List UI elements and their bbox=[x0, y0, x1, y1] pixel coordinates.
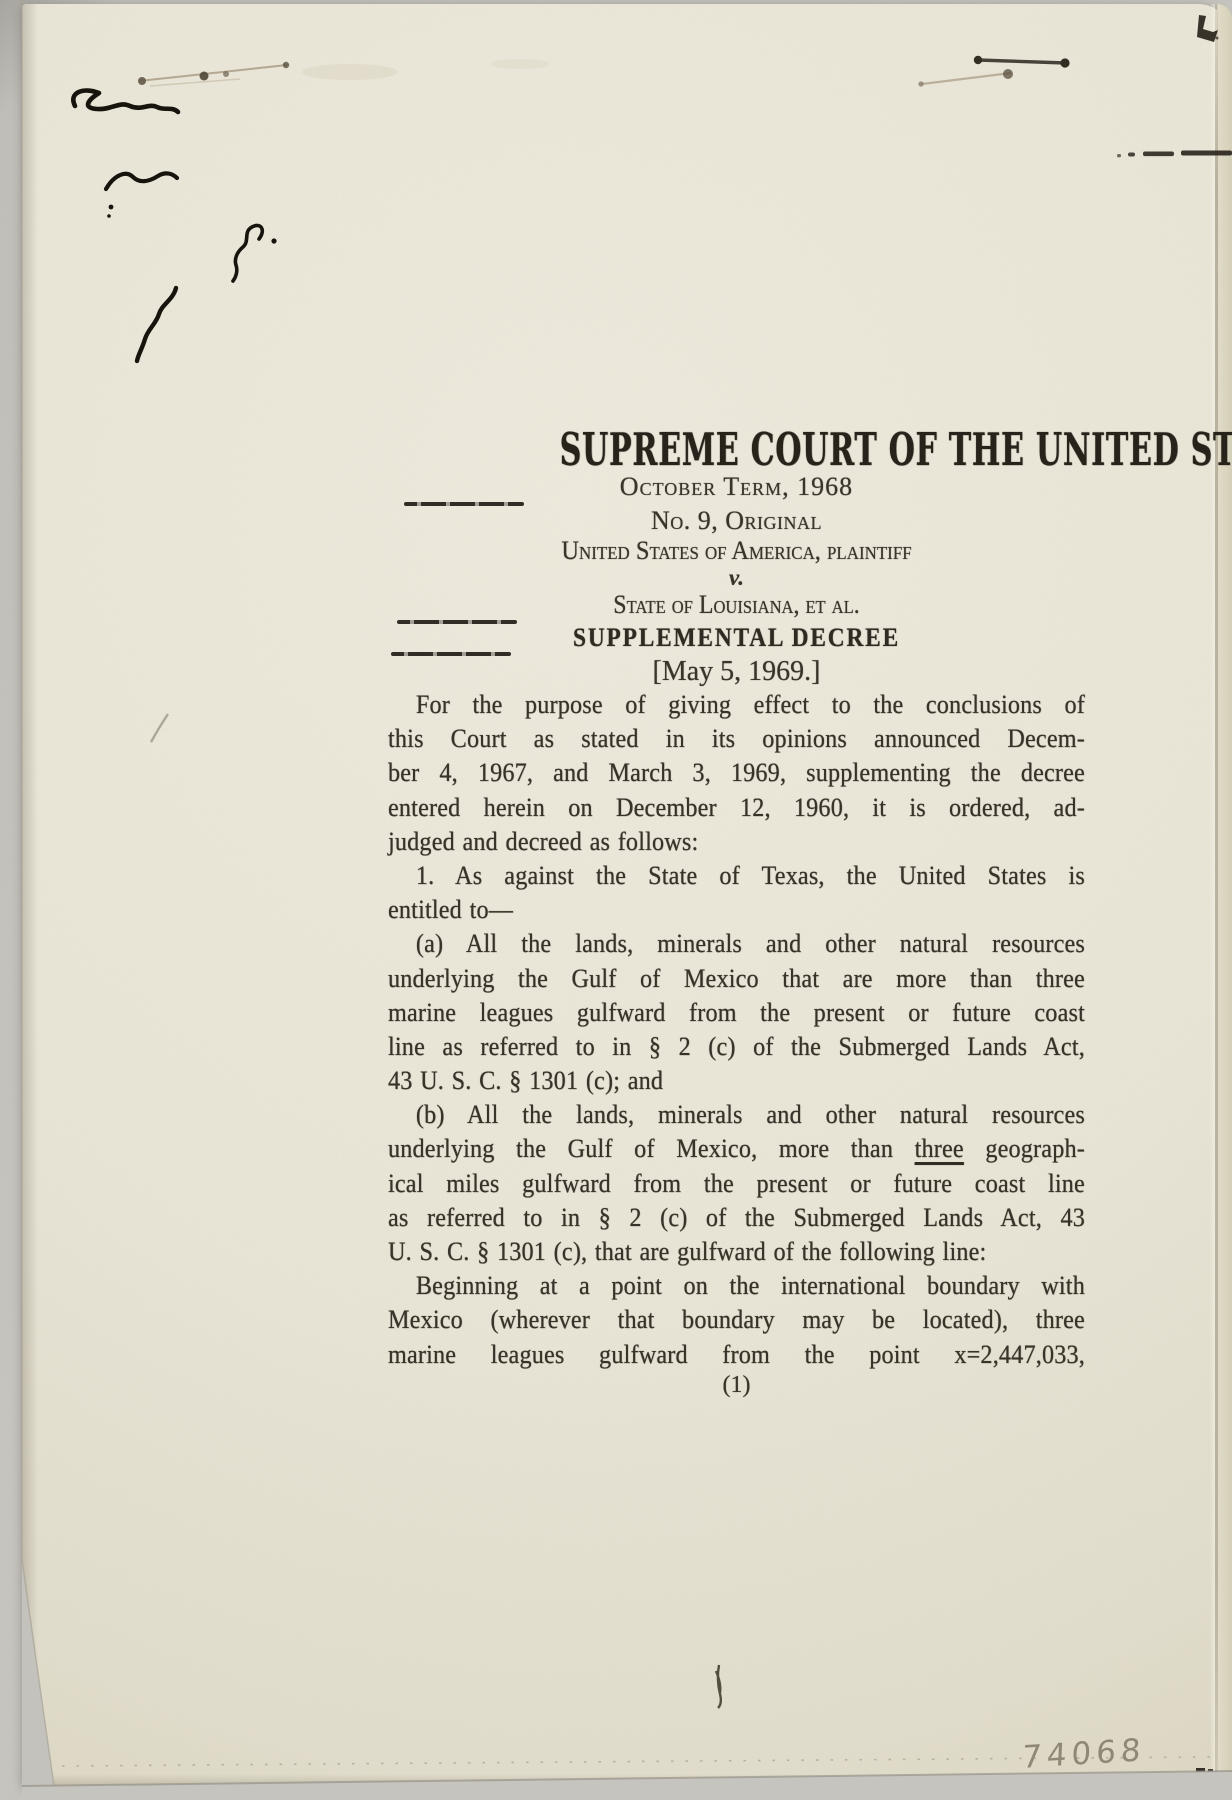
body-line: underlying the Gulf of Mexico that are m… bbox=[388, 962, 1085, 996]
printed-content: SUPREME COURT OF THE UNITED STATES Octob… bbox=[388, 428, 1085, 1398]
date-line: [May 5, 1969.] bbox=[388, 656, 1085, 688]
body-line: marine leagues gulfward from the point x… bbox=[388, 1338, 1085, 1372]
paper-fold-highlight bbox=[1210, 4, 1215, 1786]
body-line: marine leagues gulfward from the present… bbox=[388, 996, 1085, 1030]
paper-sheet: SUPREME COURT OF THE UNITED STATES Octob… bbox=[22, 4, 1232, 1786]
paper-bottom-edge-shade bbox=[22, 1774, 1232, 1786]
court-title: SUPREME COURT OF THE UNITED STATES bbox=[560, 428, 1232, 472]
body-line: ical miles gulfward from the present or … bbox=[388, 1167, 1085, 1201]
versus-line: v. bbox=[388, 566, 1085, 590]
body-paragraph: (b) All the lands, minerals and other na… bbox=[388, 1098, 1085, 1269]
line-post-text: geograph- bbox=[964, 1134, 1085, 1163]
body-line: ber 4, 1967, and March 3, 1969, suppleme… bbox=[388, 756, 1085, 790]
line-pre-text: underlying the Gulf of Mexico, more than bbox=[388, 1134, 915, 1163]
party-plaintiff: United States of America, plaintiff bbox=[409, 536, 1064, 566]
body-paragraph: 1. As against the State of Texas, the Un… bbox=[388, 859, 1085, 927]
body-paragraph: Beginning at a point on the internationa… bbox=[388, 1269, 1085, 1372]
docket-number: No. 9, Original bbox=[388, 506, 1085, 536]
party-defendant: State of Louisiana, et al. bbox=[416, 590, 1057, 620]
body-line: Mexico (wherever that boundary may be lo… bbox=[388, 1303, 1085, 1337]
body-line: (b) All the lands, minerals and other na… bbox=[388, 1098, 1085, 1132]
body-line: (a) All the lands, minerals and other na… bbox=[388, 927, 1085, 961]
underlined-word: three bbox=[915, 1134, 964, 1163]
body-line: entitled to— bbox=[388, 893, 1085, 927]
body-line-with-underline: underlying the Gulf of Mexico, more than… bbox=[388, 1132, 1085, 1166]
divider-rule-1 bbox=[404, 502, 524, 506]
scanned-document: SUPREME COURT OF THE UNITED STATES Octob… bbox=[0, 0, 1232, 1800]
paper-left-edge-shade bbox=[22, 4, 38, 1786]
body-line: judged and decreed as follows: bbox=[388, 825, 1085, 859]
body-line: as referred to in § 2 (c) of the Submerg… bbox=[388, 1201, 1085, 1235]
decree-body: For the purpose of giving effect to the … bbox=[388, 688, 1085, 1372]
body-line: For the purpose of giving effect to the … bbox=[388, 688, 1085, 722]
body-line: U. S. C. § 1301 (c), that are gulfward o… bbox=[388, 1235, 1085, 1269]
body-line: line as referred to in § 2 (c) of the Su… bbox=[388, 1030, 1085, 1064]
body-line: 43 U. S. C. § 1301 (c); and bbox=[388, 1064, 1085, 1098]
handwritten-catalog-number: 74068 bbox=[1021, 1732, 1146, 1776]
term-line: October Term, 1968 bbox=[388, 472, 1085, 502]
body-line: this Court as stated in its opinions ann… bbox=[388, 722, 1085, 756]
body-paragraph: For the purpose of giving effect to the … bbox=[388, 688, 1085, 859]
divider-rule-3 bbox=[391, 652, 511, 656]
paper-right-fold-band bbox=[1217, 4, 1232, 1786]
decree-title: SUPPLEMENTAL DECREE bbox=[423, 624, 1050, 652]
body-paragraph: (a) All the lands, minerals and other na… bbox=[388, 927, 1085, 1098]
body-line: entered herein on December 12, 1960, it … bbox=[388, 791, 1085, 825]
paper-fold-crease bbox=[1215, 4, 1218, 1786]
page-number: (1) bbox=[388, 1372, 1085, 1398]
body-line: 1. As against the State of Texas, the Un… bbox=[388, 859, 1085, 893]
body-line: Beginning at a point on the internationa… bbox=[388, 1269, 1085, 1303]
